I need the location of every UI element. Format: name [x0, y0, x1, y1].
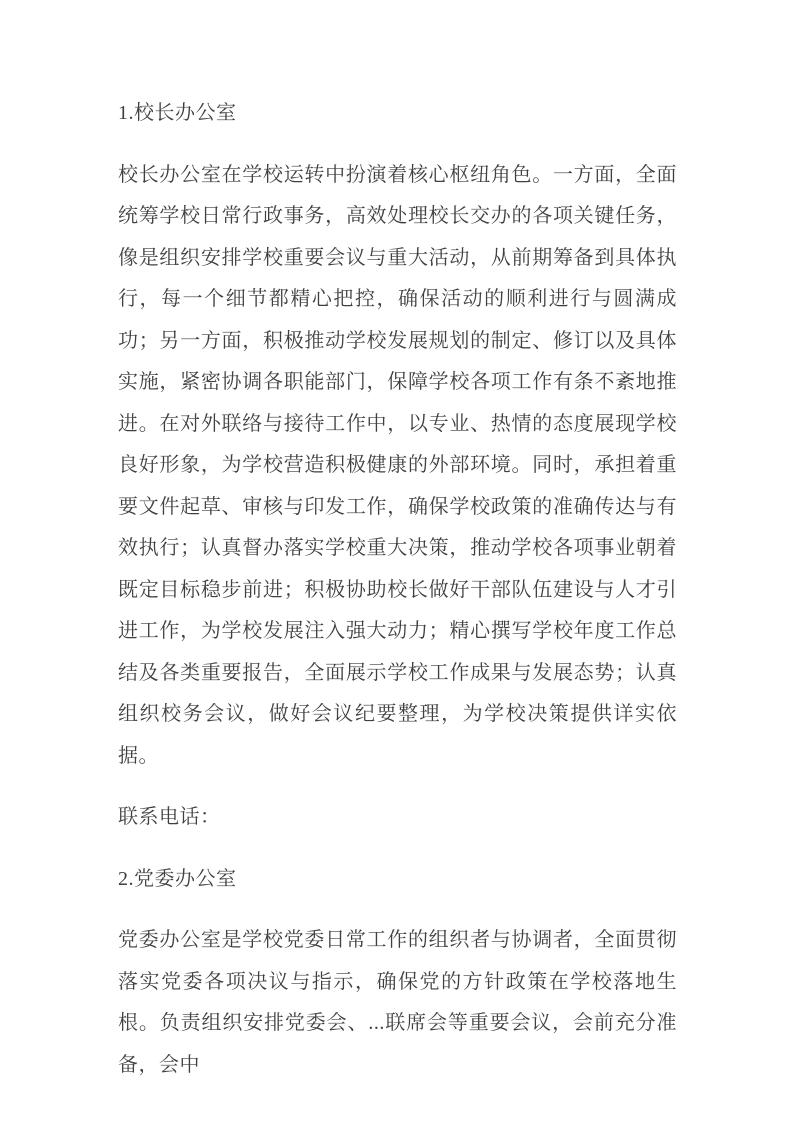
section1-heading: 1.校长办公室: [118, 93, 677, 135]
document-page: 1.校长办公室 校长办公室在学校运转中扮演着核心枢纽角色。一方面，全面统筹学校日…: [0, 0, 793, 1122]
section2-body-paragraph: 党委办公室是学校党委日常工作的组织者与协调者，全面贯彻落实党委各项决议与指示，确…: [118, 920, 677, 1086]
section1-body-paragraph: 校长办公室在学校运转中扮演着核心枢纽角色。一方面，全面统筹学校日常行政事务，高效…: [118, 155, 677, 778]
section2-heading: 2.党委办公室: [118, 859, 677, 901]
section1-contact-label: 联系电话：: [118, 797, 677, 839]
